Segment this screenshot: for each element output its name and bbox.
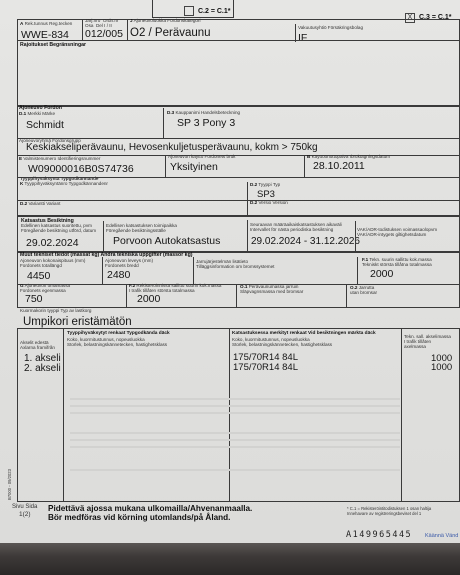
variant-label: D.2 Variantti Variant	[20, 201, 60, 206]
vehicle-group-value: Keskiakseliperävaunu, Hevosenkuljetusper…	[26, 142, 318, 153]
restrictions-box	[17, 40, 460, 106]
reverse-side-bleed	[70, 398, 400, 400]
desk-background	[0, 543, 460, 575]
divider	[17, 138, 460, 139]
own-mass-label: G Ajoneuvon omamassa Fordonets egenmassa	[20, 283, 70, 293]
serial-number: A149965445	[346, 530, 412, 540]
vehicle-category-value: O2 / Perävaunu	[130, 27, 211, 39]
first-registration-label: B Käyttöönottopäivä Ibruktagningsdatum	[307, 154, 390, 159]
c1-footnote: * C.1 = Rekisteröintitodistuksen 1 osan …	[347, 506, 431, 516]
turn-page-link[interactable]: Käännä Vänd	[425, 533, 458, 539]
brake-info-label: Jarrujärjestelmän lisätieto Tilläggsinfo…	[196, 259, 274, 269]
last-inspection-date: 29.02.2024	[26, 237, 79, 249]
braked-trailer-label: O.1 Perävaunumassa jarruin Släpvagnsmass…	[240, 284, 303, 294]
c2-checkbox[interactable]	[184, 6, 194, 16]
make-label: D.1 Merkki Märke	[19, 111, 55, 116]
marked-tyres-header: Katsastuksessa merkityt renkaat Vid besi…	[232, 331, 376, 336]
unbraked-label: O.2 Jarrutta utan bromsar	[350, 285, 377, 295]
page-label: Sivu Sida	[12, 505, 37, 510]
version-label: D.2 Versio Version	[250, 200, 288, 205]
approved-tyres-header: Tyyppihyväksytyt renkaat Typgodkända däc…	[67, 331, 170, 336]
c2-label: C.2 = C.1*	[198, 8, 231, 15]
next-interval-label: Seuraavan määräaikaiskatsastuksen aikavä…	[250, 222, 342, 232]
insurance-label: Vakuutusyhtiö Försäkringsbolag	[298, 25, 363, 30]
trade-name-value: SP 3 Pony 3	[177, 117, 235, 129]
part-number-label: Järj.nro Ordn.nr Osa Del I / II	[85, 18, 118, 28]
divider	[163, 108, 164, 138]
body-type-value: Umpikori eristämätön	[23, 316, 132, 328]
restrictions-heading: Rajoitukset Begränsningar	[20, 42, 86, 48]
divider	[193, 257, 194, 284]
type-value: SP3	[257, 189, 275, 200]
divider	[82, 19, 83, 41]
vak-adr-label: VAK/ADR-todistuksen voimassaolopvm VAK/A…	[357, 227, 437, 237]
usage-label: Ajoneuvon käyttö Fordonets bruk	[168, 154, 235, 159]
last-place-label: Edellisen katsastuksen toimipaikka Föreg…	[106, 223, 177, 233]
type-approval-label: K Tyyppihyväksyntänro Typgodkännandenr	[20, 181, 108, 186]
axle-2-label: 2. akseli	[24, 363, 61, 374]
divider	[102, 257, 103, 284]
length-label: Ajoneuvon kokonaispituus (mm) Fordonets …	[20, 258, 85, 268]
max-mass-label: F.1 Tekn. suurin sallittu kok.massa Tekn…	[362, 257, 432, 267]
marked-tyres-sub: Koko, kuormitustunnus, nopeusluokka Stor…	[232, 337, 332, 347]
axle-header: Akselit edestä Axlarna framifrån	[20, 340, 55, 350]
form-code: B7000 - 09/2023	[7, 469, 12, 500]
last-inspection-label: Edellinen katsastus suoritettu, pvm Före…	[21, 223, 96, 233]
trade-name-label: D.3 Kauppanimi Handelsbeteckning	[167, 110, 240, 115]
body-type-label: Kuormakorin tyyppi Typ av lastkorg	[20, 308, 91, 313]
divider	[355, 221, 356, 252]
vin-label: E Valmistenumero Identifieringsnummer	[19, 156, 100, 161]
reg-max-mass-label: F.2 Rekisteröinnissä sallittu suurin kok…	[129, 283, 221, 293]
divider	[17, 200, 460, 201]
axle-mass-header: Tekn. sall. akselimassa I trafik tillåte…	[404, 334, 451, 349]
divider	[357, 257, 358, 284]
reverse-side-bleed	[70, 469, 400, 471]
notice-finnish: Pidettävä ajossa mukana ulkomailla/Ahven…	[48, 504, 252, 513]
divider	[247, 220, 248, 252]
divider	[17, 284, 460, 285]
notice-swedish: Bör medföras vid körning utomlands/på Ål…	[48, 513, 230, 522]
divider	[126, 284, 127, 308]
divider	[103, 221, 104, 252]
approved-tyres-sub: Koko, kuormitustunnus, nopeusluokka Stor…	[67, 337, 167, 347]
reg-number-label: A Rek.tunnus Reg.tecken	[20, 21, 72, 26]
axle-2-marked-tyre: 175/70R14 84L	[233, 362, 298, 373]
divider	[63, 329, 64, 502]
reg-max-mass-value: 2000	[137, 293, 160, 305]
next-interval-value: 29.02.2024 - 31.12.2026	[251, 236, 360, 247]
type-label: D.2 Tyyppi Typ	[250, 182, 280, 187]
header-row	[17, 19, 460, 41]
vehicle-category-label: J Ajoneuvoluokka Fordonskategori	[130, 18, 201, 23]
part-number-value: 012/005	[85, 28, 123, 40]
usage-value: Yksityinen	[170, 161, 218, 173]
reverse-side-bleed	[70, 439, 400, 441]
last-place-value: Porvoon Autokatsastus	[113, 235, 220, 247]
width-label: Ajoneuvon leveys (mm) Fordonets bredd	[105, 258, 153, 268]
reverse-side-bleed	[70, 432, 400, 434]
width-value: 2480	[107, 269, 130, 281]
make-value: Schmidt	[26, 119, 64, 131]
max-mass-value: 2000	[370, 268, 393, 280]
divider	[401, 329, 402, 502]
axle-2-mass: 1000	[431, 362, 452, 373]
length-value: 4450	[27, 270, 50, 282]
divider	[229, 329, 230, 502]
divider	[165, 155, 166, 177]
divider	[346, 284, 347, 308]
registration-certificate-paper: C.2 = C.1* X C.3 = C.1* A Rek.tunnus Reg…	[0, 0, 460, 545]
reverse-side-bleed	[70, 446, 400, 448]
reverse-side-bleed	[70, 412, 400, 414]
vin-value: W09000016B0S74736	[28, 163, 134, 175]
page-value: 1(2)	[19, 512, 31, 517]
first-registration-value: 28.10.2011	[313, 160, 365, 172]
divider	[304, 155, 305, 177]
divider	[236, 284, 237, 308]
own-mass-value: 750	[25, 293, 43, 305]
reverse-side-bleed	[70, 405, 400, 407]
divider	[127, 19, 128, 41]
